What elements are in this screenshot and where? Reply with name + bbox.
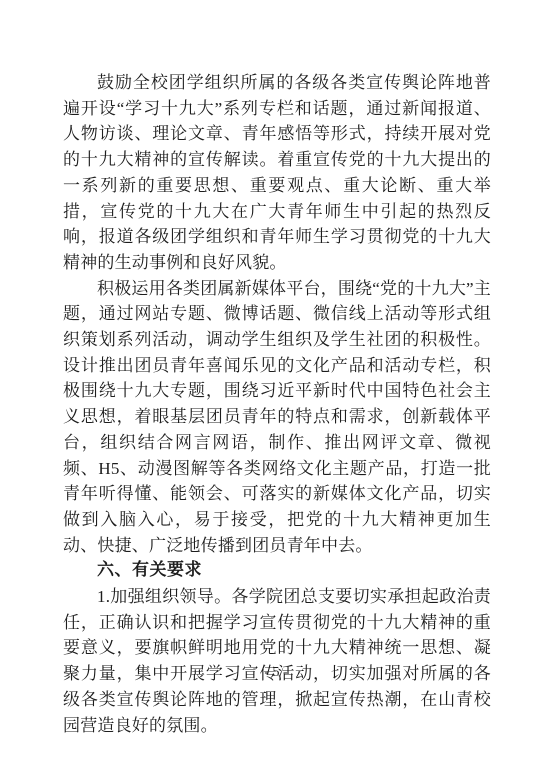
paragraph-strengthen-leadership: 1.加强组织领导。各学院团总支要切实承担起政治责任，正确认识和把握学习宣传贯彻党… [63, 584, 491, 738]
page-number: - 5 - [0, 665, 552, 681]
section-heading-requirements: 六、有关要求 [63, 558, 491, 584]
document-page: 鼓励全校团学组织所属的各级各类宣传舆论阵地普遍开设“学习十九大”系列专栏和话题，… [0, 0, 552, 762]
document-body: 鼓励全校团学组织所属的各级各类宣传舆论阵地普遍开设“学习十九大”系列专栏和话题，… [63, 70, 491, 738]
paragraph-propaganda-columns: 鼓励全校团学组织所属的各级各类宣传舆论阵地普遍开设“学习十九大”系列专栏和话题，… [63, 70, 491, 276]
paragraph-new-media: 积极运用各类团属新媒体平台，围绕“党的十九大”主题，通过网站专题、微博话题、微信… [63, 276, 491, 559]
